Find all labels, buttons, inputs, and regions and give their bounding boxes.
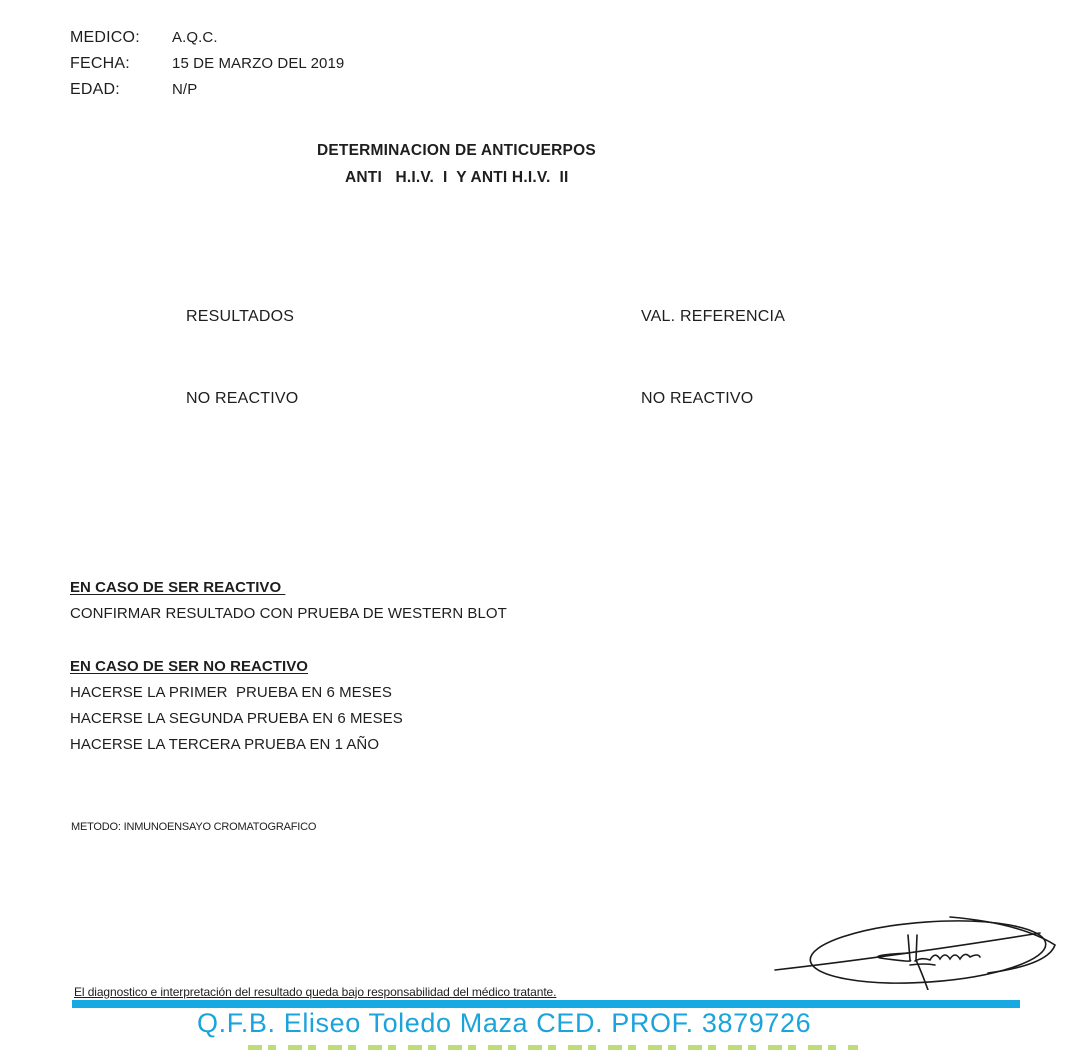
reactive-instruction: CONFIRMAR RESULTADO CON PRUEBA DE WESTER… xyxy=(70,605,507,622)
document-title-line-1: DETERMINACION DE ANTICUERPOS xyxy=(317,142,596,160)
reactive-heading: EN CASO DE SER REACTIVO xyxy=(70,579,285,596)
fecha-label: FECHA: xyxy=(70,55,130,73)
non-reactive-heading: EN CASO DE SER NO REACTIVO xyxy=(70,658,308,675)
document-title-line-2: ANTI H.I.V. I Y ANTI H.I.V. II xyxy=(345,169,569,187)
fecha-value: 15 DE MARZO DEL 2019 xyxy=(172,55,344,72)
edad-value: N/P xyxy=(172,81,197,98)
result-value: NO REACTIVO xyxy=(186,390,298,408)
non-reactive-instruction: HACERSE LA SEGUNDA PRUEBA EN 6 MESES xyxy=(70,710,403,727)
laboratory-name: Q.F.B. Eliseo Toledo Maza CED. PROF. 387… xyxy=(197,1008,811,1039)
reference-header-container: VAL. REFERENCIA xyxy=(641,305,803,331)
medico-label: MEDICO: xyxy=(70,29,140,47)
results-header: RESULTADOS xyxy=(186,308,294,326)
reference-header: VAL. REFERENCIA xyxy=(641,308,785,326)
non-reactive-instruction: HACERSE LA TERCERA PRUEBA EN 1 AÑO xyxy=(70,736,379,753)
signature-icon xyxy=(770,895,1060,990)
non-reactive-instruction: HACERSE LA PRIMER PRUEBA EN 6 MESES xyxy=(70,684,392,701)
footer-accent-bar xyxy=(72,1000,1020,1008)
method-note: METODO: INMUNOENSAYO CROMATOGRAFICO xyxy=(71,821,316,833)
disclaimer-text: El diagnostico e interpretación del resu… xyxy=(74,985,556,999)
reference-value: NO REACTIVO xyxy=(641,390,753,408)
contact-line-strip xyxy=(248,1045,858,1050)
medico-value: A.Q.C. xyxy=(172,29,218,46)
contact-line-clipped xyxy=(248,1043,868,1050)
edad-label: EDAD: xyxy=(70,81,120,99)
